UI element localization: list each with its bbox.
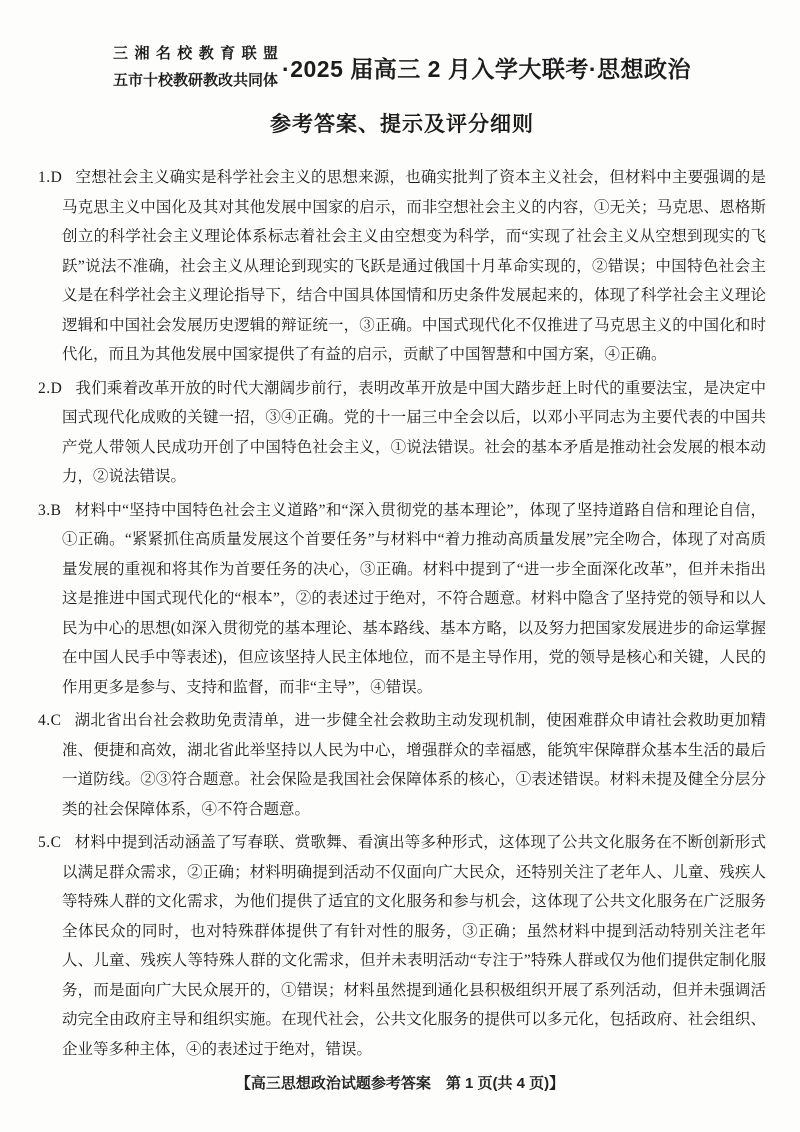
answer-2-number: 2.D [38, 380, 62, 397]
answer-4-text: 湖北省出台社会救助免责清单，进一步健全社会救助主动发现机制，使困难群众申请社会救… [62, 712, 766, 818]
answer-item-4: 4.C湖北省出台社会救助免责清单，进一步健全社会救助主动发现机制，使困难群众申请… [38, 706, 766, 824]
organization-names: 三湘名校教育联盟 五市十校教研教改共同体 [113, 40, 278, 94]
org-name-line2: 五市十校教研教改共同体 [113, 67, 278, 94]
answer-1-number: 1.D [38, 169, 62, 186]
answer-1-text: 空想社会主义确实是科学社会主义的思想来源，也确实批判了资本主义社会，但材料中主要… [62, 169, 766, 363]
answer-list: 1.D空想社会主义确实是科学社会主义的思想来源，也确实批判了资本主义社会，但材料… [38, 163, 766, 1068]
org-name-line1: 三湘名校教育联盟 [113, 40, 278, 67]
footer-text: 【高三思想政治试题参考答案 第 1 页(共 4 页)】 [236, 1075, 564, 1092]
answer-2-text: 我们乘着改革开放的时代大潮阔步前行，表明改革开放是中国大踏步赶上时代的重要法宝，… [62, 380, 766, 486]
answer-item-5: 5.C材料中提到活动涵盖了写春联、赏歌舞、看演出等多种形式，这体现了公共文化服务… [38, 828, 766, 1064]
answer-5-number: 5.C [38, 834, 61, 851]
answer-4-number: 4.C [38, 712, 61, 729]
exam-title: ·2025 届高三 2 月入学大联考·思想政治 [282, 51, 691, 84]
document-page: 三湘名校教育联盟 五市十校教研教改共同体 ·2025 届高三 2 月入学大联考·… [0, 0, 800, 1132]
header-title-row: 三湘名校教育联盟 五市十校教研教改共同体 ·2025 届高三 2 月入学大联考·… [38, 40, 766, 94]
page-footer: 【高三思想政治试题参考答案 第 1 页(共 4 页)】 [0, 1072, 800, 1093]
answer-3-text: 材料中“坚持中国特色社会主义道路”和“深入贯彻党的基本理论”，体现了坚持道路自信… [62, 502, 766, 696]
answer-item-1: 1.D空想社会主义确实是科学社会主义的思想来源，也确实批判了资本主义社会，但材料… [38, 163, 766, 370]
answer-item-2: 2.D我们乘着改革开放的时代大潮阔步前行，表明改革开放是中国大踏步赶上时代的重要… [38, 374, 766, 492]
answer-key-subtitle: 参考答案、提示及评分细则 [38, 108, 766, 138]
answer-item-3: 3.B材料中“坚持中国特色社会主义道路”和“深入贯彻党的基本理论”，体现了坚持道… [38, 496, 766, 703]
document-header: 三湘名校教育联盟 五市十校教研教改共同体 ·2025 届高三 2 月入学大联考·… [38, 40, 766, 138]
answer-5-text: 材料中提到活动涵盖了写春联、赏歌舞、看演出等多种形式，这体现了公共文化服务在不断… [62, 834, 766, 1058]
answer-3-number: 3.B [38, 502, 61, 519]
